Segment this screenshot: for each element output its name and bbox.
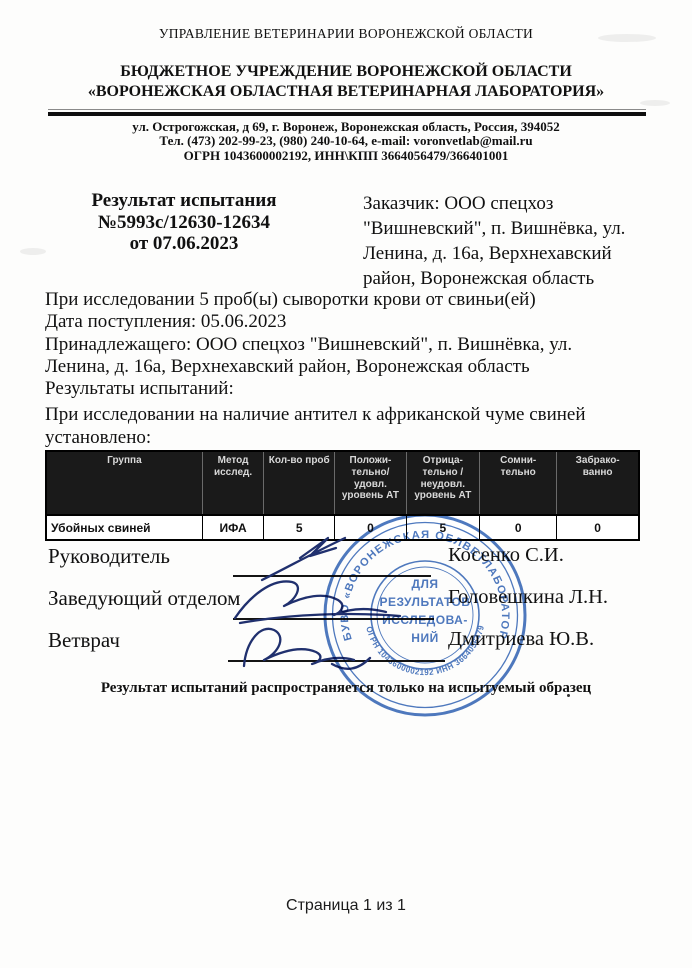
stamp-center-line1: ДЛЯ [411,577,438,591]
signature-role-director: Руководитель [48,544,170,569]
signature-role-veterinarian: Ветврач [48,628,120,653]
scan-artifact [20,248,46,255]
column-header-method: Метод исслед. [202,452,263,514]
result-date: от 07.06.2023 [59,233,309,255]
samples-line: При исследовании 5 проб(ы) сыворотки кро… [45,289,623,311]
body-text-block: При исследовании 5 проб(ы) сыворотки кро… [45,289,623,449]
result-title-block: Результат испытания №5993с/12630-12634 о… [59,190,309,255]
column-header-positive: Положи- тельно/ удовл. уровень АТ [334,452,406,514]
column-header-group: Группа [47,452,202,514]
stamp-center-line4: НИЙ [411,630,438,645]
owner-line: Принадлежащего: ООО спецхоз "Вишневский"… [45,334,623,379]
org-contact-block: ул. Острогожская, д 69, г. Воронеж, Воро… [0,120,692,163]
organization-line2: «ВОРОНЕЖСКАЯ ОБЛАСТНАЯ ВЕТЕРИНАРНАЯ ЛАБО… [0,82,692,102]
authority-title: УПРАВЛЕНИЕ ВЕТЕРИНАРИИ ВОРОНЕЖСКОЙ ОБЛАС… [0,26,692,42]
page-number: Страница 1 из 1 [0,897,692,915]
table-header-row: Группа Метод исслед. Кол-во проб Положи-… [47,452,638,514]
result-title-line1: Результат испытания [59,190,309,212]
stamp-center-line2: РЕЗУЛЬТАТОВ [379,595,470,609]
results-heading: Результаты испытаний: [45,378,623,400]
received-date-line: Дата поступления: 05.06.2023 [45,311,623,333]
org-contacts: Тел. (473) 202-99-23, (980) 240-10-64, e… [0,134,692,148]
column-header-doubtful: Сомни- тельно [479,452,556,514]
column-header-rejected: Забрако- ванно [556,452,638,514]
test-description-line: При исследовании на наличие антител к аф… [45,404,623,449]
stamp-center-line3: ИССЛЕДОВА- [382,613,468,627]
organization-line1: БЮДЖЕТНОЕ УЧРЕЖДЕНИЕ ВОРОНЕЖСКОЙ ОБЛАСТИ [0,62,692,82]
org-address: ул. Острогожская, д 69, г. Воронеж, Воро… [0,120,692,134]
cell-rejected: 0 [556,516,638,539]
organization-title: БЮДЖЕТНОЕ УЧРЕЖДЕНИЕ ВОРОНЕЖСКОЙ ОБЛАСТИ… [0,62,692,102]
footer-note: Результат испытаний распространяется тол… [0,680,692,697]
column-header-sample-count: Кол-во проб [263,452,334,514]
scanned-lab-report-page: УПРАВЛЕНИЕ ВЕТЕРИНАРИИ ВОРОНЕЖСКОЙ ОБЛАС… [0,0,692,968]
header-rule-thin [48,109,646,110]
scan-artifact-dot [567,694,570,697]
org-registration: ОГРН 1043600002192, ИНН\КПП 3664056479/3… [0,149,692,163]
cell-group: Убойных свиней [47,516,202,539]
header-rule-thick [48,112,646,116]
column-header-negative: Отрица- тельно / неудовл. уровень АТ [406,452,479,514]
customer-block: Заказчик: ООО спецхоз "Вишневский", п. В… [363,191,635,291]
result-number: №5993с/12630-12634 [59,212,309,234]
